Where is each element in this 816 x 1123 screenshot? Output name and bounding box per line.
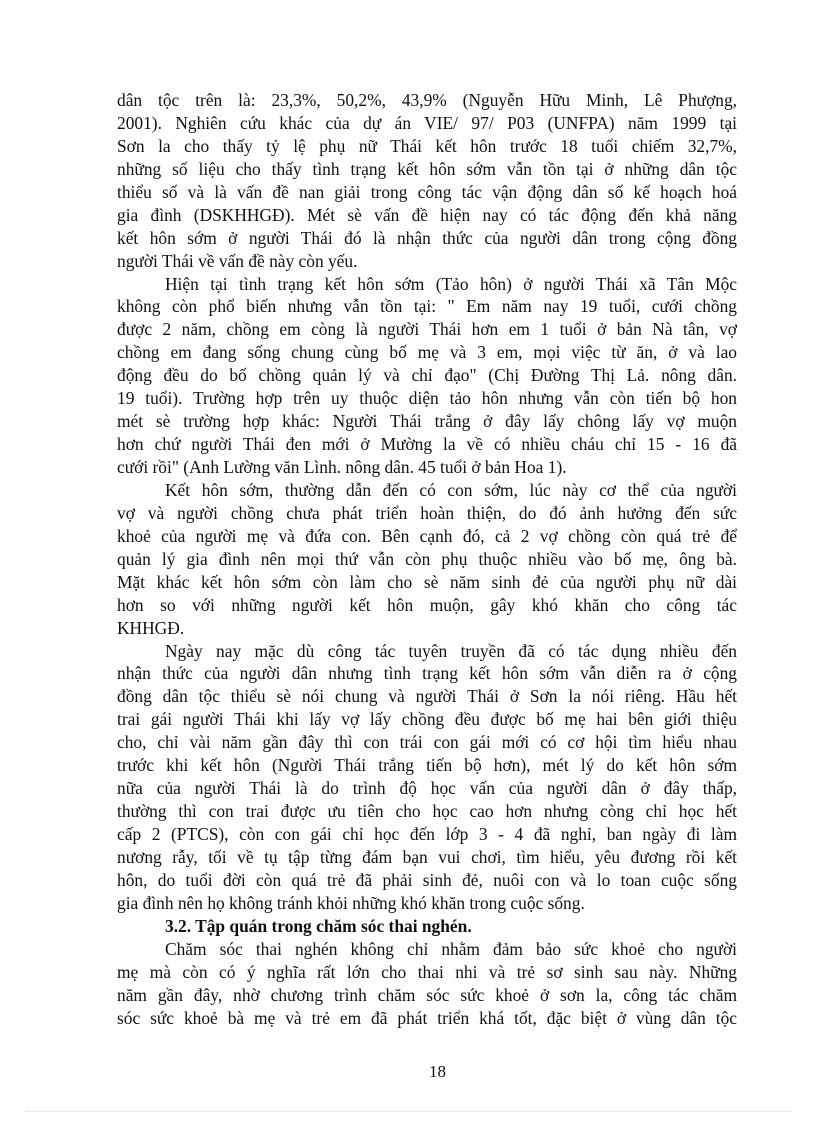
text-line: cho, chỉ vài năm gần đây thì con trái co… <box>117 731 737 754</box>
text-line: khoẻ của người mẹ và đứa con. Bên cạnh đ… <box>117 525 737 548</box>
paragraph-3: Kết hôn sớm, thường dẫn đến có con sớm, … <box>117 479 737 640</box>
text-line: kết hôn sớm ở người Thái đó là nhận thức… <box>117 227 737 250</box>
text-line: gia đình (DSKHHGĐ). Mét sè vấn đề hiện n… <box>117 204 737 227</box>
text-line: những số liệu cho thấy tình trạng kết hô… <box>117 158 737 181</box>
text-line: KHHGĐ. <box>117 617 737 640</box>
page-number: 18 <box>429 1062 446 1082</box>
text-line: gia đình nên họ không tránh khỏi những k… <box>117 892 737 915</box>
text-line: cưới rồi" (Anh Lường văn Lình. nông dân.… <box>117 456 737 479</box>
document-page: dân tộc trên là: 23,3%, 50,2%, 43,9% (Ng… <box>0 0 816 1123</box>
text-line: cấp 2 (PTCS), còn con gái chỉ học đến lớ… <box>117 823 737 846</box>
text-line: quản lý gia đình nên mọi thứ vẫn còn phụ… <box>117 548 737 571</box>
text-line: thiểu số và là vấn đề nan giải trong côn… <box>117 181 737 204</box>
text-line: Hiện tại tình trạng kết hôn sớm (Tảo hôn… <box>117 273 737 296</box>
text-line: trước khi kết hôn (Người Thái trắng tiến… <box>117 754 737 777</box>
text-line: dân tộc trên là: 23,3%, 50,2%, 43,9% (Ng… <box>117 89 737 112</box>
text-line: Chăm sóc thai nghén không chỉ nhằm đảm b… <box>117 938 737 961</box>
text-line: động đều do bố chồng quản lý và chỉ đạo"… <box>117 364 737 387</box>
text-line: 19 tuổi). Trường hợp trên uy thuộc diện … <box>117 387 737 410</box>
text-line: đồng dân tộc thiểu sè nói chung và người… <box>117 685 737 708</box>
text-line: hơn so với những người kết hôn muộn, gây… <box>117 594 737 617</box>
text-line: nương rẫy, tối về tụ tập từng đám bạn vu… <box>117 846 737 869</box>
paragraph-4: Ngày nay mặc dù công tác tuyên truyền đã… <box>117 640 737 915</box>
heading-text: 3.2. Tập quán trong chăm sóc thai nghén. <box>117 915 737 938</box>
text-line: chồng em đang sống chung cùng bố mẹ và 3… <box>117 341 737 364</box>
paragraph-5: Chăm sóc thai nghén không chỉ nhằm đảm b… <box>117 938 737 1030</box>
text-line: trai gái người Thái khi lấy vợ lấy chồng… <box>117 708 737 731</box>
text-line: được 2 năm, chồng em còng là người Thái … <box>117 318 737 341</box>
text-line: nhận thức của người dân nhưng tình trạng… <box>117 662 737 685</box>
text-line: hơn chứ người Thái đen mới ở Mường la về… <box>117 433 737 456</box>
paragraph-2: Hiện tại tình trạng kết hôn sớm (Tảo hôn… <box>117 273 737 479</box>
section-heading-3-2: 3.2. Tập quán trong chăm sóc thai nghén. <box>117 915 737 938</box>
text-line: 2001). Nghiên cứu khác của dự án VIE/ 97… <box>117 112 737 135</box>
text-line: nữa của người Thái là do trình độ học vấ… <box>117 777 737 800</box>
text-line: sóc sức khoẻ bà mẹ và trẻ em đã phát tri… <box>117 1007 737 1030</box>
text-line: hôn, do tuổi đời còn quá trẻ đã phải sin… <box>117 869 737 892</box>
page-border <box>25 1111 791 1112</box>
paragraph-1: dân tộc trên là: 23,3%, 50,2%, 43,9% (Ng… <box>117 89 737 273</box>
text-line: người Thái về vấn đề này còn yếu. <box>117 250 737 273</box>
text-line: mẹ mà còn có ý nghĩa rất lớn cho thai nh… <box>117 961 737 984</box>
text-line: vợ và người chồng chưa phát triển hoàn t… <box>117 502 737 525</box>
text-line: Kết hôn sớm, thường dẫn đến có con sớm, … <box>117 479 737 502</box>
text-line: không còn phổ biến nhưng vẫn tồn tại: " … <box>117 295 737 318</box>
text-line: Ngày nay mặc dù công tác tuyên truyền đã… <box>117 640 737 663</box>
document-body: dân tộc trên là: 23,3%, 50,2%, 43,9% (Ng… <box>117 89 737 1029</box>
text-line: mét sè trường hợp khác: Người Thái trắng… <box>117 410 737 433</box>
text-line: Mặt khác kết hôn sớm còn làm cho sè năm … <box>117 571 737 594</box>
text-line: năm gần đây, nhờ chương trình chăm sóc s… <box>117 984 737 1007</box>
text-line: Sơn la cho thấy tỷ lệ phụ nữ Thái kết hô… <box>117 135 737 158</box>
text-line: thường thì con trai được ưu tiên cho học… <box>117 800 737 823</box>
